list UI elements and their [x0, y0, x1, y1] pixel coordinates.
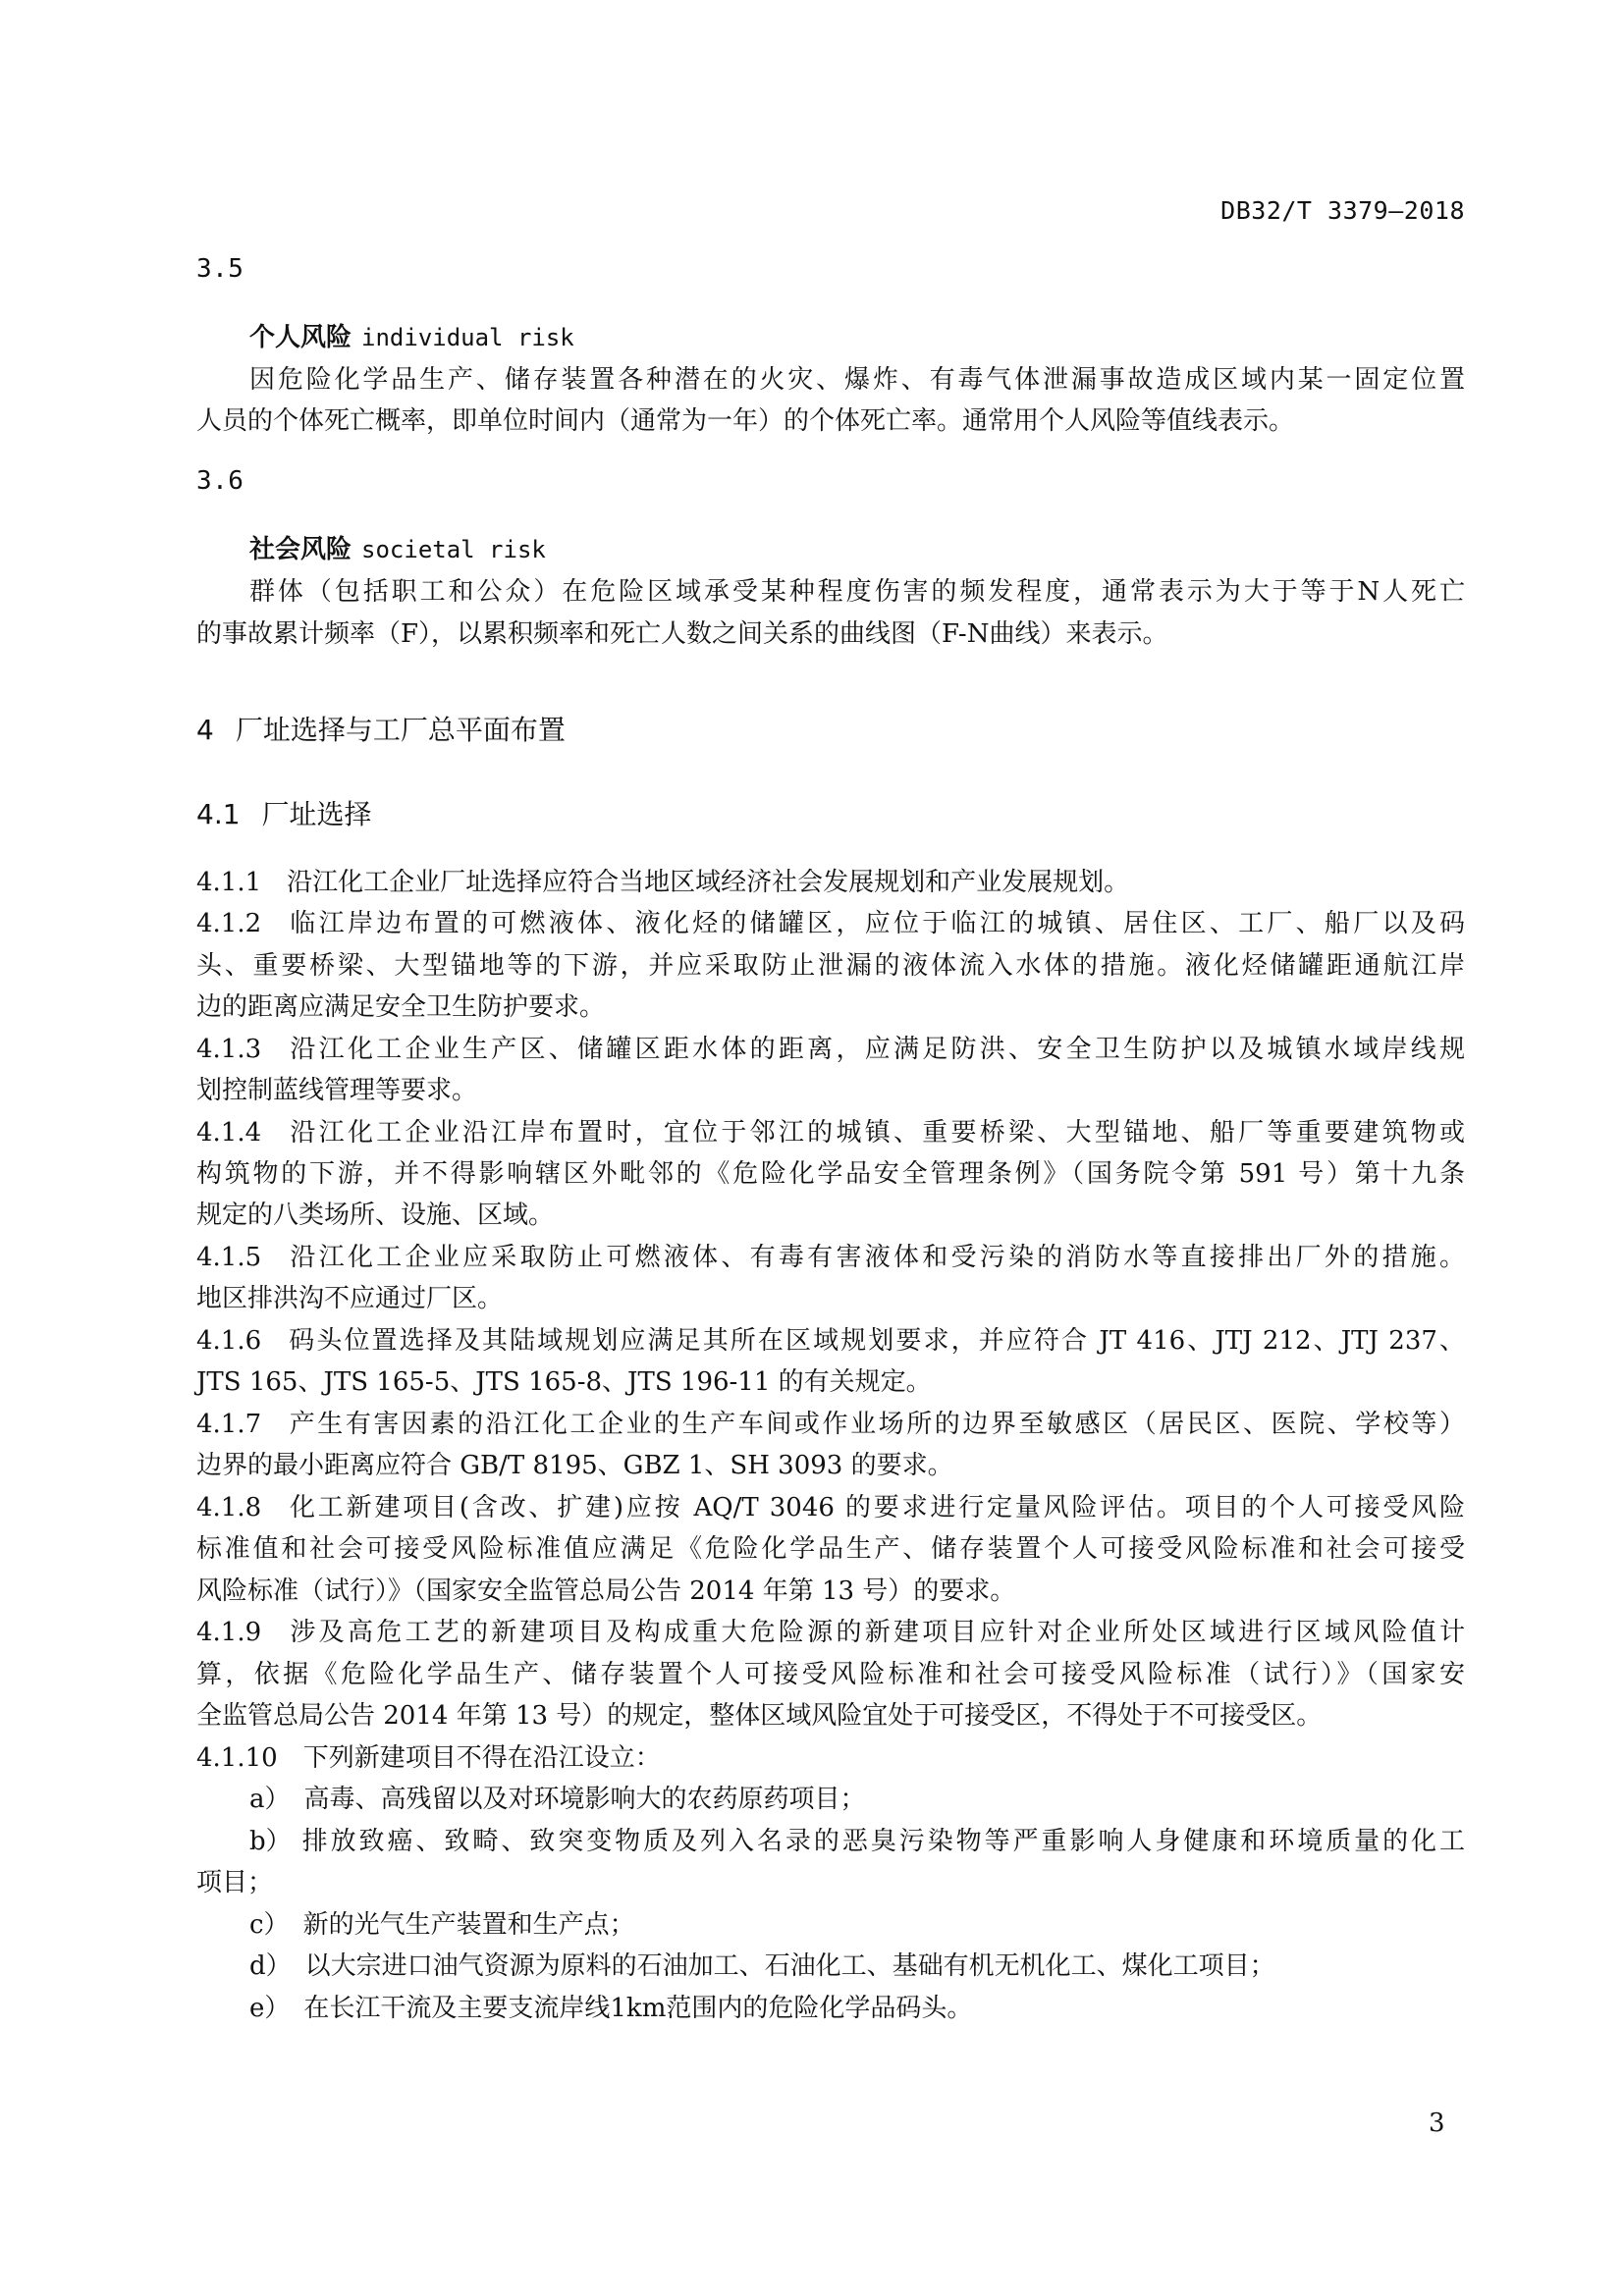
- clause-continuation: JTS 165、JTS 165-5、JTS 165-8、JTS 196-11 的…: [196, 1366, 932, 1398]
- clause-text: 下列新建项目不得在沿江设立：: [303, 1743, 661, 1773]
- clause-4-1-1: 4.1.1沿江化工企业厂址选择应符合当地区域经济社会发展规划和产业发展规划。: [196, 867, 1129, 898]
- clause-text: 码头位置选择及其陆域规划应满足其所在区域规划要求，并应符合 JT 416、JTJ…: [287, 1326, 1465, 1356]
- list-marker: d）: [249, 1950, 292, 1982]
- clause-4-1-10: 4.1.10下列新建项目不得在沿江设立：: [196, 1742, 661, 1774]
- clause-number: 4.1.8: [196, 1492, 261, 1523]
- list-marker: a）: [249, 1784, 291, 1815]
- clause-continuation: 标准值和社会可接受风险标准值应满足《危险化学品生产、储存装置个人可接受风险标准和…: [196, 1533, 1465, 1565]
- list-marker: e）: [249, 1993, 290, 2024]
- list-text: 在长江干流及主要支流岸线1km范围内的危险化学品码头。: [303, 1994, 972, 2023]
- clause-number: 4.1.9: [196, 1617, 261, 1648]
- clause-number: 4.1.1: [196, 867, 261, 898]
- clause-number-3-5: 3.5: [196, 253, 244, 285]
- term-en: individual risk: [361, 324, 574, 351]
- clause-continuation: 划控制蓝线管理等要求。: [196, 1075, 477, 1106]
- list-item-c: c）新的光气生产装置和生产点；: [249, 1909, 635, 1941]
- clause-4-1-2: 4.1.2临江岸边布置的可燃液体、液化烃的储罐区，应位于临江的城镇、居住区、工厂…: [196, 908, 1465, 939]
- definition-line: 的事故累计频率（F），以累积频率和死亡人数之间关系的曲线图（F-N曲线）来表示。: [196, 618, 1167, 650]
- section-title: 厂址选择与工厂总平面布置: [236, 714, 566, 746]
- clause-continuation: 地区排洪沟不应通过厂区。: [196, 1283, 503, 1314]
- clause-text: 化工新建项目(含改、扩建)应按 AQ/T 3046 的要求进行定量风险评估。项目…: [287, 1493, 1465, 1522]
- clause-continuation: 算，依据《危险化学品生产、储存装置个人可接受风险标准和社会可接受风险标准（试行）…: [196, 1659, 1465, 1690]
- clause-text: 沿江化工企业生产区、储罐区距水体的距离，应满足防洪、安全卫生防护以及城镇水域岸线…: [287, 1035, 1465, 1064]
- clause-continuation: 风险标准（试行）》（国家安全监管总局公告 2014 年第 13 号）的要求。: [196, 1575, 1015, 1607]
- clause-4-1-7: 4.1.7产生有害因素的沿江化工企业的生产车间或作业场所的边界至敏感区（居民区、…: [196, 1409, 1465, 1440]
- clause-text: 沿江化工企业应采取防止可燃液体、有毒有害液体和受污染的消防水等直接排出厂外的措施…: [287, 1243, 1465, 1272]
- clause-text: 产生有害因素的沿江化工企业的生产车间或作业场所的边界至敏感区（居民区、医院、学校…: [287, 1410, 1465, 1439]
- list-text: 新的光气生产装置和生产点；: [303, 1910, 635, 1940]
- clause-number: 4.1.5: [196, 1242, 261, 1273]
- term-individual-risk: 个人风险individual risk: [249, 322, 574, 353]
- definition-line: 群体（包括职工和公众）在危险区域承受某种程度伤害的频发程度，通常表示为大于等于N…: [249, 576, 1465, 608]
- term-zh: 个人风险: [249, 323, 352, 352]
- clause-text: 沿江化工企业沿江岸布置时，宜位于邻江的城镇、重要桥梁、大型锚地、船厂等重要建筑物…: [287, 1118, 1465, 1148]
- list-marker: b）: [249, 1826, 292, 1857]
- section-number: 4: [196, 715, 214, 746]
- clause-text: 临江岸边布置的可燃液体、液化烃的储罐区，应位于临江的城镇、居住区、工厂、船厂以及…: [287, 909, 1465, 938]
- list-marker: c）: [249, 1909, 290, 1941]
- clause-4-1-6: 4.1.6码头位置选择及其陆域规划应满足其所在区域规划要求，并应符合 JT 41…: [196, 1325, 1465, 1357]
- clause-continuation: 边的距离应满足安全卫生防护要求。: [196, 991, 605, 1023]
- list-text: 排放致癌、致畸、致突变物质及列入名录的恶臭污染物等严重影响人身健康和环境质量的化…: [299, 1827, 1465, 1856]
- clause-number: 4.1.2: [196, 908, 261, 939]
- clause-number-3-6: 3.6: [196, 465, 244, 497]
- clause-text: 涉及高危工艺的新建项目及构成重大危险源的新建项目应针对企业所处区域进行区域风险值…: [287, 1618, 1465, 1647]
- clause-4-1-5: 4.1.5沿江化工企业应采取防止可燃液体、有毒有害液体和受污染的消防水等直接排出…: [196, 1242, 1465, 1273]
- list-text: 高毒、高残留以及对环境影响大的农药原药项目；: [304, 1785, 866, 1814]
- definition-line: 人员的个体死亡概率，即单位时间内（通常为一年）的个体死亡率。通常用个人风险等值线…: [196, 405, 1294, 437]
- list-item-e: e）在长江干流及主要支流岸线1km范围内的危险化学品码头。: [249, 1993, 972, 2024]
- list-text: 以大宗进口油气资源为原料的石油加工、石油化工、基础有机无机化工、煤化工项目；: [305, 1951, 1275, 1981]
- clause-4-1-8: 4.1.8化工新建项目(含改、扩建)应按 AQ/T 3046 的要求进行定量风险…: [196, 1492, 1465, 1523]
- clause-number: 4.1.4: [196, 1117, 261, 1148]
- clause-4-1-9: 4.1.9涉及高危工艺的新建项目及构成重大危险源的新建项目应针对企业所处区域进行…: [196, 1617, 1465, 1648]
- list-item-a: a）高毒、高残留以及对环境影响大的农药原药项目；: [249, 1784, 866, 1815]
- list-item-b: b）排放致癌、致畸、致突变物质及列入名录的恶臭污染物等严重影响人身健康和环境质量…: [249, 1826, 1465, 1857]
- page-number: 3: [1429, 2109, 1445, 2138]
- clause-continuation: 规定的八类场所、设施、区域。: [196, 1200, 554, 1231]
- clause-continuation: 构筑物的下游，并不得影响辖区外毗邻的《危险化学品安全管理条例》（国务院令第 59…: [196, 1158, 1465, 1190]
- definition-line: 因危险化学品生产、储存装置各种潜在的火灾、爆炸、有毒气体泄漏事故造成区域内某一固…: [249, 364, 1465, 396]
- clause-number: 4.1.10: [196, 1742, 278, 1774]
- section-heading-4: 4厂址选择与工厂总平面布置: [196, 715, 566, 746]
- document-page: DB32/T 3379—2018 3.5 个人风险individual risk…: [0, 0, 1624, 2296]
- term-societal-risk: 社会风险societal risk: [249, 534, 546, 565]
- clause-4-1-3: 4.1.3沿江化工企业生产区、储罐区距水体的距离，应满足防洪、安全卫生防护以及城…: [196, 1034, 1465, 1065]
- clause-4-1-4: 4.1.4沿江化工企业沿江岸布置时，宜位于邻江的城镇、重要桥梁、大型锚地、船厂等…: [196, 1117, 1465, 1148]
- clause-continuation: 全监管总局公告 2014 年第 13 号）的规定，整体区域风险宜处于可接受区，不…: [196, 1700, 1322, 1732]
- clause-continuation: 边界的最小距离应符合 GB/T 8195、GBZ 1、SH 3093 的要求。: [196, 1450, 953, 1481]
- clause-number: 4.1.3: [196, 1034, 261, 1065]
- list-item-d: d）以大宗进口油气资源为原料的石油加工、石油化工、基础有机无机化工、煤化工项目；: [249, 1950, 1275, 1982]
- section-heading-4-1: 4.1厂址选择: [196, 799, 372, 830]
- clause-number: 4.1.6: [196, 1325, 261, 1357]
- section-number: 4.1: [196, 799, 241, 830]
- list-item-b-continuation: 项目；: [196, 1867, 273, 1898]
- term-zh: 社会风险: [249, 535, 352, 564]
- clause-text: 沿江化工企业厂址选择应符合当地区域经济社会发展规划和产业发展规划。: [287, 868, 1129, 897]
- section-title: 厂址选择: [262, 798, 372, 830]
- clause-number: 4.1.7: [196, 1409, 261, 1440]
- document-code-header: DB32/T 3379—2018: [1220, 196, 1465, 225]
- term-en: societal risk: [361, 536, 546, 563]
- clause-continuation: 头、重要桥梁、大型锚地等的下游，并应采取防止泄漏的液体流入水体的措施。液化烃储罐…: [196, 950, 1465, 982]
